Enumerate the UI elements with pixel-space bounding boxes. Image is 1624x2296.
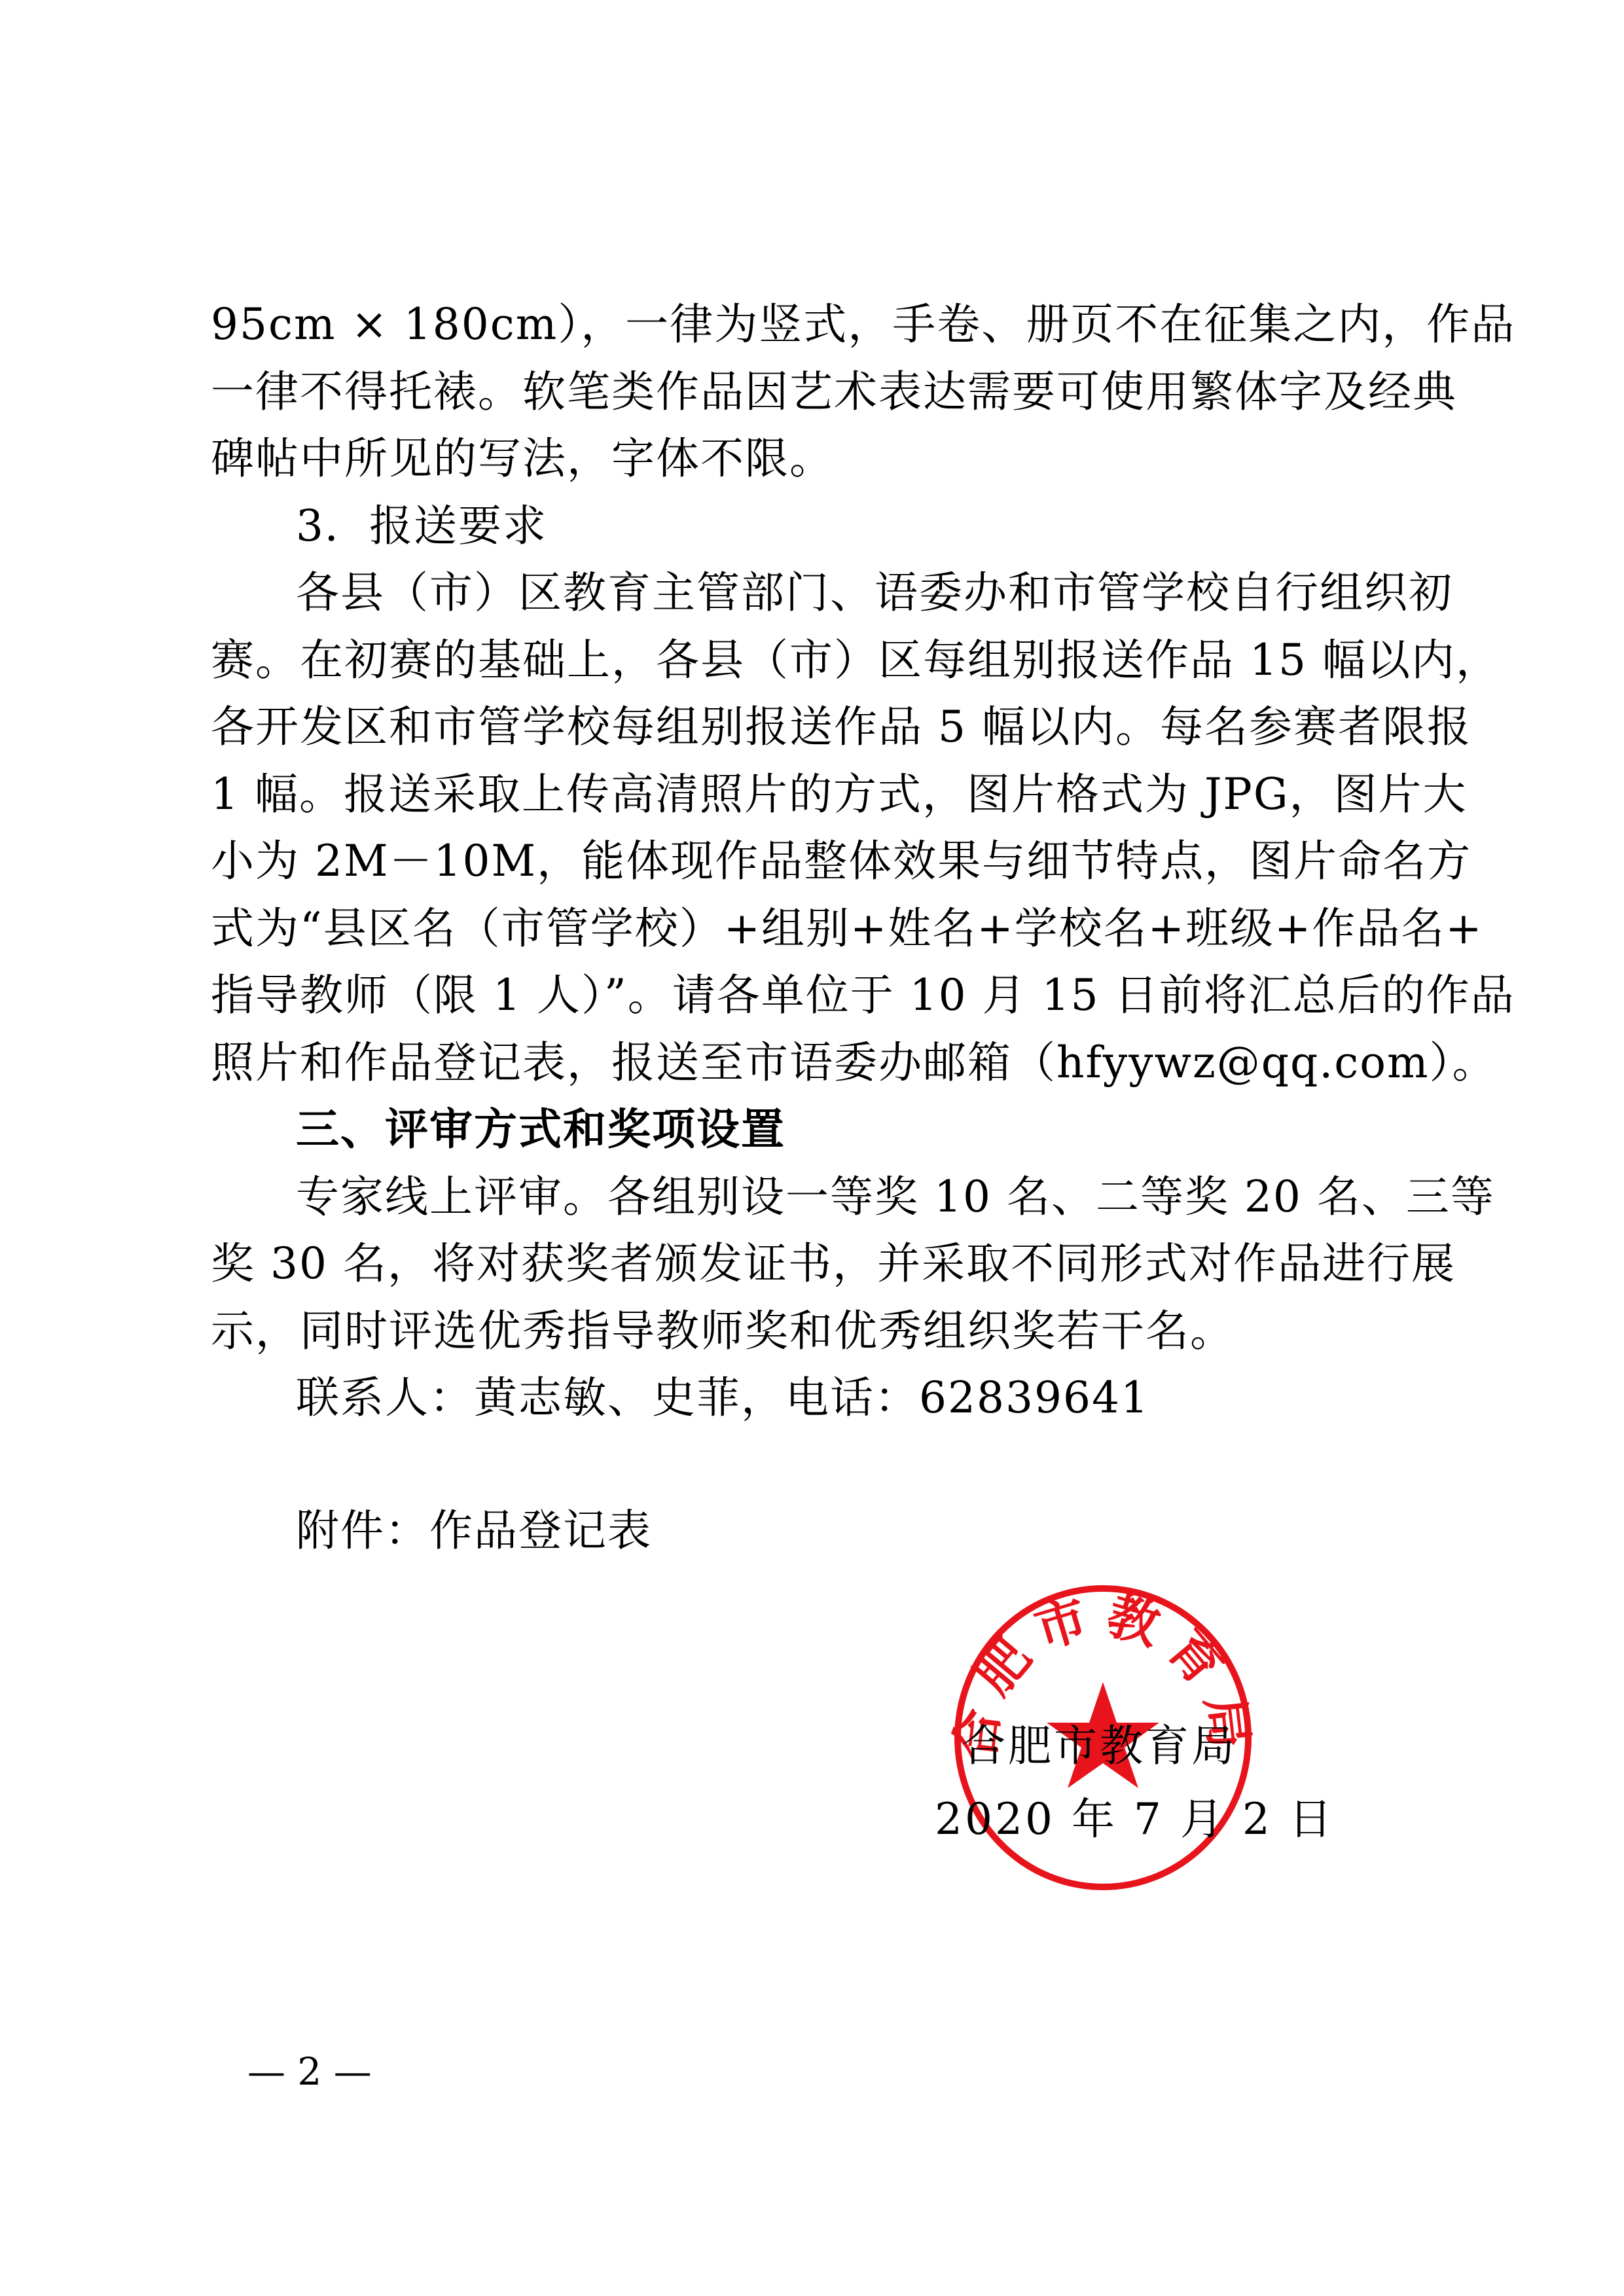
body-line: 碑帖中所见的写法，字体不限。: [211, 425, 1422, 492]
body-line: 式为“县区名（市管学校）+组别+姓名+学校名+班级+作品名+: [211, 895, 1422, 962]
body-line: 奖 30 名，将对获奖者颁发证书，并采取不同形式对作品进行展: [211, 1230, 1422, 1297]
body-line: 各县（市）区教育主管部门、语委办和市管学校自行组织初: [296, 559, 1422, 626]
body-line: 小为 2M－10M，能体现作品整体效果与细节特点，图片命名方: [211, 827, 1422, 895]
body-line: 赛。在初赛的基础上，各县（市）区每组别报送作品 15 幅以内，: [211, 626, 1422, 694]
body-line: 95cm × 180cm），一律为竖式，手卷、册页不在征集之内，作品: [211, 291, 1422, 358]
body-line: 各开发区和市管学校每组别报送作品 5 幅以内。每名参赛者限报: [211, 693, 1422, 761]
body-line: 指导教师（限 1 人）”。请各单位于 10 月 15 日前将汇总后的作品: [211, 961, 1422, 1029]
issue-date: 2020 年 7 月 2 日: [935, 1787, 1335, 1852]
contact-line: 联系人：黄志敏、史菲，电话：62839641: [296, 1364, 1422, 1431]
body-line: 示，同时评选优秀指导教师奖和优秀组织奖若干名。: [211, 1297, 1422, 1365]
body-line: 1 幅。报送采取上传高清照片的方式，图片格式为 JPG，图片大: [211, 761, 1422, 828]
subsection-title: 3．报送要求: [296, 492, 1422, 560]
attachment-line: 附件：作品登记表: [296, 1497, 1422, 1564]
issuer-name: 合肥市教育局: [962, 1713, 1237, 1779]
body-line: 专家线上评审。各组别设一等奖 10 名、二等奖 20 名、三等: [296, 1163, 1422, 1230]
section-heading: 三、评审方式和奖项设置: [296, 1096, 1422, 1163]
page-number: — 2 —: [247, 2049, 372, 2094]
body-line: 照片和作品登记表，报送至市语委办邮箱（hfyywz@qq.com）。: [211, 1029, 1422, 1096]
body-line: 一律不得托裱。软笔类作品因艺术表达需要可使用繁体字及经典: [211, 358, 1422, 425]
